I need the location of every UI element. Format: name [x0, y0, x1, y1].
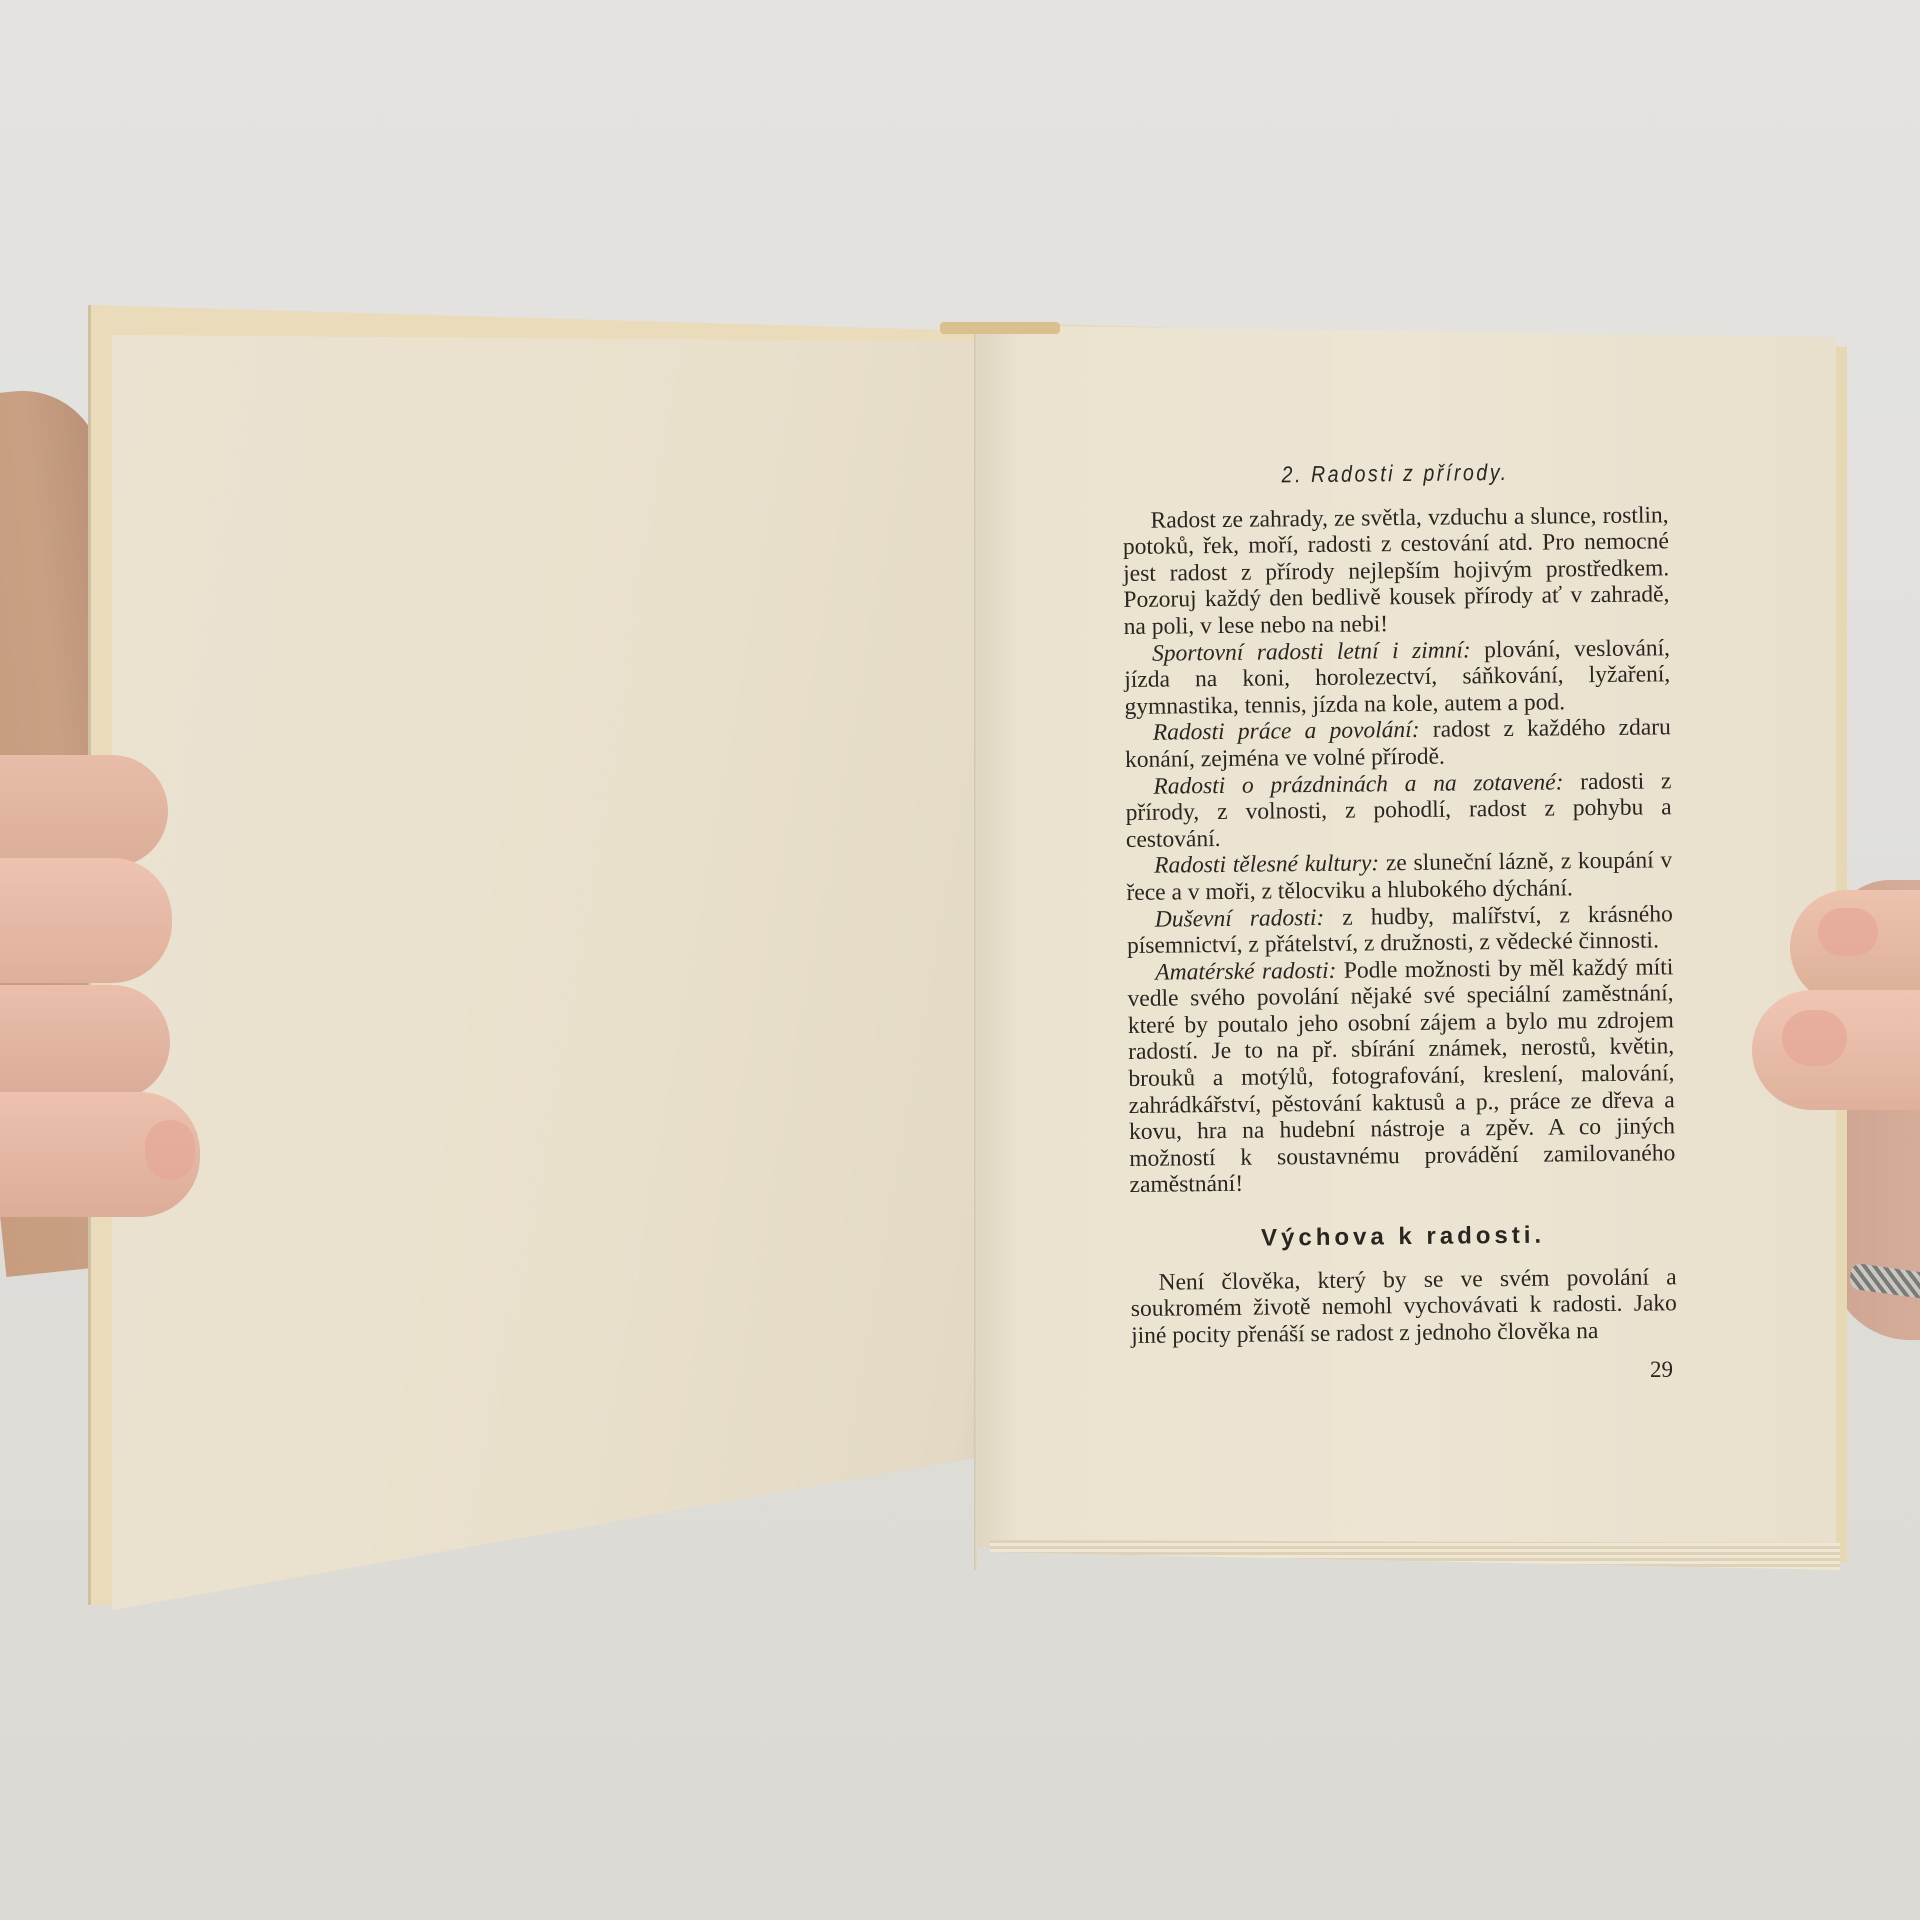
subsection-heading: Výchova k radosti.: [1130, 1221, 1676, 1253]
item-label: Amatérské radosti:: [1155, 957, 1336, 985]
paragraph-education: Není člověka, který by se ve svém povolá…: [1130, 1264, 1677, 1349]
page-edges: [990, 1540, 1840, 1570]
paragraph-intro: Radost ze zahrady, ze světla, vzduchu a …: [1122, 502, 1669, 641]
item-label: Radosti práce a povolání:: [1153, 717, 1420, 746]
item-label: Duševní radosti:: [1155, 904, 1325, 932]
item-label: Radosti o prázdninách a na zotavené:: [1153, 769, 1563, 799]
list-item: Amatérské radosti: Podle možnosti by měl…: [1127, 954, 1675, 1199]
left-finger-little: [0, 1092, 200, 1217]
list-item: Radosti tělesné kultury: ze sluneční láz…: [1126, 848, 1673, 907]
right-finger-upper: [1790, 890, 1920, 1005]
body-text-2: Není člověka, který by se ve svém povolá…: [1130, 1264, 1677, 1349]
fingernail: [145, 1120, 195, 1180]
item-label: Radosti tělesné kultury:: [1154, 851, 1379, 879]
list-item: Radosti o prázdninách a na zotavené: rad…: [1125, 768, 1672, 853]
book-spine: [974, 330, 978, 1570]
item-text: Podle možnosti by měl každý míti vedle s…: [1127, 954, 1675, 1198]
body-text: Radost ze zahrady, ze světla, vzduchu a …: [1122, 502, 1675, 1199]
left-page-blank: [112, 335, 980, 1610]
section-heading: 2. Radosti z přírody.: [1163, 458, 1627, 489]
right-thumb: [1752, 990, 1920, 1110]
fingernail: [1818, 908, 1878, 956]
right-page-text: 2. Radosti z přírody. Radost ze zahrady,…: [1122, 457, 1677, 1349]
list-item: Radosti práce a povolání: radost z každé…: [1125, 715, 1672, 774]
left-finger-index: [0, 755, 168, 867]
list-item: Duševní radosti: z hudby, malířství, z k…: [1127, 901, 1674, 960]
photo-scene: 2. Radosti z přírody. Radost ze zahrady,…: [0, 0, 1920, 1920]
spine-tear: [940, 322, 1060, 334]
list-item: Sportovní radosti letní i zimní: plování…: [1124, 635, 1671, 720]
left-finger-ring: [0, 985, 170, 1100]
page-number: 29: [1650, 1357, 1673, 1383]
item-label: Sportovní radosti letní i zimní:: [1152, 637, 1471, 666]
left-finger-middle: [0, 858, 172, 983]
thumbnail: [1782, 1010, 1847, 1066]
